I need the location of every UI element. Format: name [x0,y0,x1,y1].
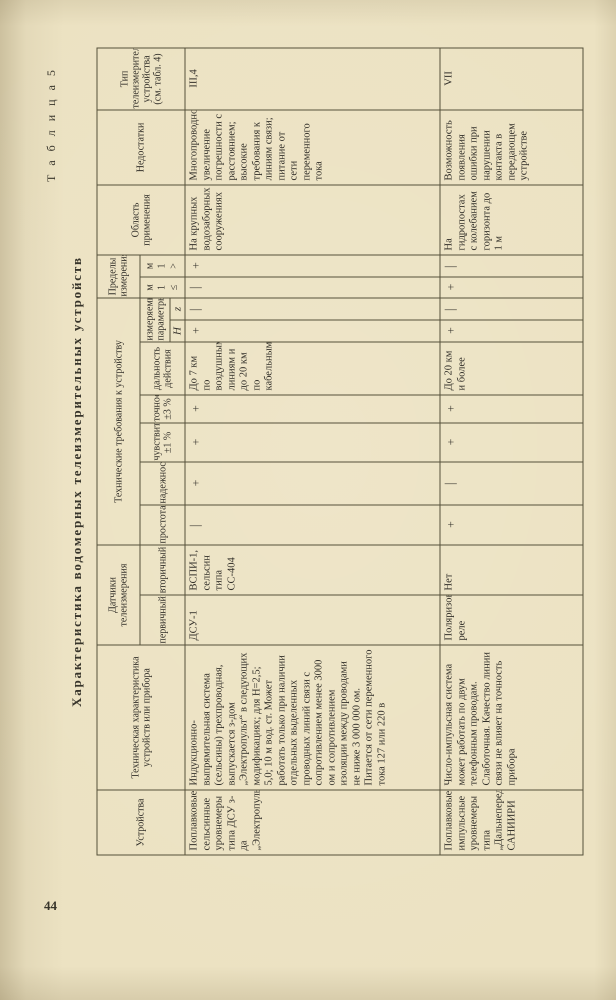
col-header-param-h: Н [170,320,185,342]
col-header-sensor-secondary: вторичный [140,545,185,595]
book-page: Т а б л и ц а 5 Характеристика водомерны… [0,0,616,1000]
data-table: Устройства Техническая характеристика ус… [97,47,584,855]
cell-sensor-secondary: Нет [440,545,583,595]
cell-sensor-primary: ДСУ-1 [185,595,440,645]
cell-accuracy: + [440,395,583,423]
col-group-requirements: Технические требования к устройству [97,298,140,545]
cell-sensitivity: + [440,423,583,462]
cell-limit-gt1m: + [185,255,440,277]
col-header-accuracy: точность ±3 % [140,395,185,423]
col-header-sensitivity: чувствительность ±1 % [140,423,185,462]
cell-param-z: — [440,298,583,320]
table-row: Поплавковые импульсные уровнемеры типа „… [440,48,583,855]
cell-accuracy: + [185,395,440,423]
col-header-param-z: z [170,298,185,320]
page-number: 44 [44,898,57,914]
cell-range: До 7 км по воздушным линиям и до 20 км п… [185,342,440,395]
cell-sensor-primary: Поляризованное реле [440,595,583,645]
col-header-limit-gt1m: м 1 > [140,255,185,277]
col-header-type: Тип телеизмерительного устройства (см. т… [97,48,185,110]
rotated-table-container: Устройства Техническая характеристика ус… [97,49,583,856]
cell-param-h: + [440,320,583,342]
cell-application: На крупных водозаборных сооружениях [185,185,440,255]
cell-sensitivity: + [185,423,440,462]
cell-reliability: + [185,462,440,505]
cell-param-z: — [185,298,440,320]
col-header-devices: Устройства [97,790,185,855]
col-header-tech-spec: Техническая характеристика устройств или… [97,645,185,790]
cell-limit-le1m: + [440,277,583,298]
cell-range: До 20 км и более [440,342,583,395]
cell-type: VII [440,48,583,110]
cell-simplicity: — [185,505,440,545]
col-header-drawbacks: Недостатки [97,110,185,185]
cell-sensor-secondary: ВСПИ-1, сельсин типа СС-404 [185,545,440,595]
table-label: Т а б л и ц а 5 [44,52,60,182]
col-header-reliability: надежность [140,462,185,505]
cell-drawbacks: Возможность появления ошибки при нарушен… [440,110,583,185]
col-header-range: дальность действия [140,342,185,395]
table-title: Характеристика водомерных телеизмеритель… [69,257,85,707]
cell-tech-spec: Индукционно-выпрямительная система (сель… [185,645,440,790]
cell-tech-spec: Число-импульсная система может работать … [440,645,583,790]
cell-drawbacks: Многопроводность; увеличение погрешности… [185,110,440,185]
col-header-application: Область применения [97,185,185,255]
col-group-sensors: Датчики телеизмерения [97,545,140,645]
cell-limit-gt1m: — [440,255,583,277]
cell-simplicity: + [440,505,583,545]
cell-reliability: — [440,462,583,505]
col-header-limit-le1m: м 1 ≤ [140,277,185,298]
col-header-sensor-primary: первичный [140,595,185,645]
cell-limit-le1m: — [185,277,440,298]
col-header-simplicity: простота [140,505,185,545]
cell-param-h: + [185,320,440,342]
col-group-measured-params: измеряемые параметры [140,298,170,342]
cell-device: Поплавковые импульсные уровнемеры типа „… [440,790,583,855]
col-group-limits: Пределы измерения [97,255,140,298]
cell-application: На гидропостах с колебанием горизонта до… [440,185,583,255]
cell-type: III,4 [185,48,440,110]
cell-device: Поплавковые сельсинные уровнемеры типа Д… [185,790,440,855]
table-row: Поплавковые сельсинные уровнемеры типа Д… [185,48,440,855]
